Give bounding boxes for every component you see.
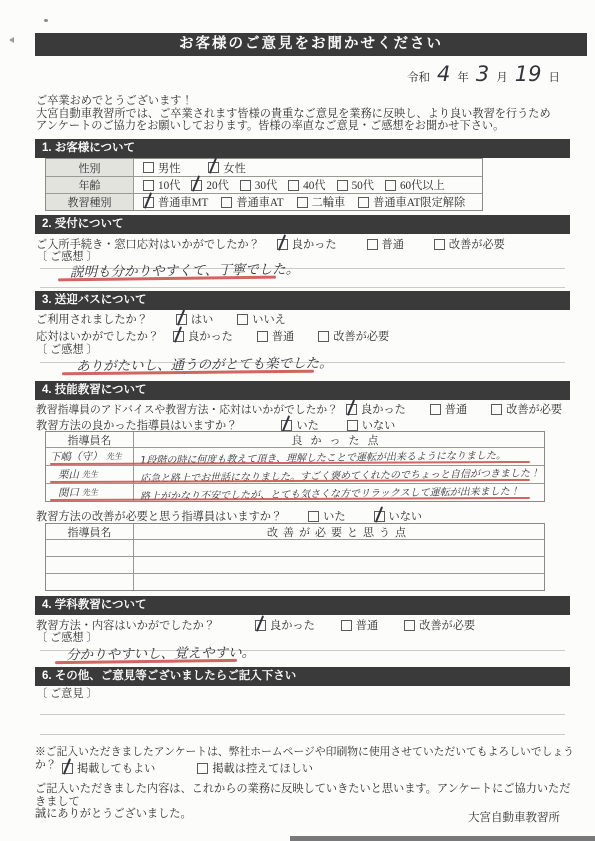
instructor-row-3: 関口 先生 路上がかなり不安でしたが、とても気さくな方でリラックスして運転が出来… bbox=[46, 483, 544, 501]
checkbox-improve-instructor-yes: いた bbox=[308, 508, 345, 524]
checkbox-icon bbox=[277, 239, 288, 250]
checkbox-age-10s: 10代 bbox=[143, 177, 180, 193]
checkbox-label: いない bbox=[389, 508, 423, 524]
year-suffix: 年 bbox=[457, 69, 469, 85]
checkbox-icon bbox=[346, 404, 357, 415]
intro-line-3: アンケートのご協力をお願いしております。皆様の率直なご意見・ご感想をお聞かせ下さ… bbox=[36, 120, 576, 133]
empty-row bbox=[46, 573, 544, 590]
bus-used-question-line: ご利用されましたか？ はい いいえ bbox=[36, 311, 286, 327]
month-value-handwritten: 3 bbox=[476, 62, 489, 86]
checkbox-icon bbox=[143, 197, 154, 208]
section-customer-header: 1. お客様について bbox=[35, 139, 570, 158]
col-instructor-name: 指導員名 bbox=[46, 524, 134, 539]
honorific: 先生 bbox=[82, 469, 98, 480]
checkbox-label: 女性 bbox=[223, 160, 245, 176]
checkbox-icon bbox=[385, 180, 396, 191]
year-value-handwritten: 4 bbox=[437, 62, 450, 86]
section-reception-header: 2. 受付について bbox=[35, 215, 570, 234]
instructor-name-handwritten: 栗山 bbox=[58, 467, 79, 482]
bus-service-question: 応対はいかがでしたか？ bbox=[36, 328, 159, 344]
checkbox-label: 改善が必要 bbox=[419, 617, 475, 633]
checkbox-publish-no: 掲載は控えてほしい bbox=[197, 760, 313, 776]
checkbox-icon bbox=[191, 180, 202, 191]
checkbox-improve-instructor-no: いない bbox=[374, 508, 423, 524]
customer-table: 性別 男性 女性 年齢 10代 20代 30代 40代 50代 60代以上 教習… bbox=[45, 158, 483, 211]
checkbox-icon bbox=[208, 162, 219, 173]
checkbox-label: 普通 bbox=[382, 236, 404, 252]
checkbox-icon bbox=[143, 180, 154, 191]
checkbox-label: 二輪車 bbox=[312, 194, 346, 210]
intro-paragraph: ご卒業おめでとうございます！ 大宮自動車教習所では、ご卒業されます皆様の貴重なご… bbox=[36, 95, 576, 133]
checkbox-icon bbox=[367, 239, 378, 250]
instructor-row-2: 栗山 先生 応急と路上でお世話になりました。すごく褒めてくれたのでちょっと自信が… bbox=[46, 465, 544, 483]
skill-q3-line: 教習方法の改善が必要と思う指導員はいますか？ いた いない bbox=[36, 508, 422, 524]
bus-used-question: ご利用されましたか？ bbox=[36, 311, 148, 327]
checkbox-icon bbox=[374, 511, 385, 522]
page-title: お客様のご意見をお聞かせください bbox=[35, 33, 587, 56]
checkbox-icon bbox=[358, 197, 369, 208]
intro-line-2: 大宮自動車教習所では、ご卒業されます皆様の貴重なご意見を業務に反映し、より良い教… bbox=[36, 108, 576, 121]
checkbox-academic-improve: 改善が必要 bbox=[404, 617, 475, 633]
checkbox-icon bbox=[240, 180, 251, 191]
course-row: 教習種別 普通車MT 普通車AT 二輪車 普通車AT限定解除 bbox=[46, 193, 482, 210]
checkbox-icon bbox=[237, 314, 248, 325]
checkbox-car-mt: 普通車MT bbox=[143, 194, 208, 210]
checkbox-publish-ok: 掲載してもよい bbox=[62, 760, 155, 776]
section-skill-header: 4. 技能教習について bbox=[35, 381, 570, 400]
skill-q3: 教習方法の改善が必要と思う指導員はいますか？ bbox=[36, 508, 282, 524]
col-instructor-name: 指導員名 bbox=[46, 432, 134, 447]
checkbox-bus-good: 良かった bbox=[173, 328, 233, 344]
other-comment-label: 〔 ご意見 〕 bbox=[36, 688, 98, 701]
checkbox-reception-improve: 改善が必要 bbox=[434, 236, 505, 252]
gender-row: 性別 男性 女性 bbox=[46, 159, 482, 176]
section-academic-header: 4. 学科教習について bbox=[35, 596, 570, 615]
section-other-header: 6. その他、ご意見等ございましたらご記入下さい bbox=[35, 667, 570, 686]
scanned-survey-page: { "colors": { "bar": "#3a3a3a", "red": "… bbox=[0, 0, 595, 841]
checkbox-label: いいえ bbox=[252, 311, 286, 327]
school-signature: 大宮自動車教習所 bbox=[0, 809, 560, 825]
checkbox-label: 普通 bbox=[445, 401, 467, 417]
checkbox-label: 良かった bbox=[292, 236, 337, 252]
course-label: 教習種別 bbox=[46, 194, 134, 210]
checkbox-label: 良かった bbox=[270, 617, 315, 633]
honorific: 先生 bbox=[82, 487, 98, 498]
checkbox-label: 改善が必要 bbox=[333, 328, 389, 344]
checkbox-bus-no: いいえ bbox=[237, 311, 286, 327]
section-bus-header: 3. 送迎バスについて bbox=[35, 291, 570, 310]
checkbox-icon bbox=[337, 180, 348, 191]
checkbox-icon bbox=[308, 511, 319, 522]
checkbox-label: 10代 bbox=[158, 177, 180, 193]
instructor-name-handwritten: 関口 bbox=[58, 485, 79, 500]
intro-line-1: ご卒業おめでとうございます！ bbox=[36, 95, 576, 108]
checkbox-icon bbox=[221, 197, 232, 208]
checkbox-icon bbox=[257, 331, 268, 342]
checkbox-label: 男性 bbox=[158, 160, 180, 176]
table-header-row: 指導員名 良かった点 bbox=[46, 432, 544, 447]
checkbox-skill-normal: 普通 bbox=[430, 401, 467, 417]
checkbox-academic-normal: 普通 bbox=[341, 617, 378, 633]
checkbox-label: 60代以上 bbox=[400, 177, 445, 193]
checkbox-icon bbox=[255, 620, 266, 631]
checkbox-label: 良かった bbox=[188, 328, 233, 344]
good-instructor-table: 指導員名 良かった点 下嶋（守） 先生 1段階の時に何度も教えて頂き、理解したこ… bbox=[45, 431, 545, 502]
checkbox-reception-good: 良かった bbox=[277, 236, 337, 252]
checkbox-motorcycle: 二輪車 bbox=[297, 194, 346, 210]
honorific: 先生 bbox=[105, 451, 121, 462]
checkbox-icon bbox=[197, 763, 208, 774]
bus-service-question-line: 応対はいかがでしたか？ 良かった 普通 改善が必要 bbox=[36, 328, 389, 344]
checkbox-female: 女性 bbox=[208, 160, 245, 176]
checkbox-label: 掲載は控えてほしい bbox=[212, 760, 313, 776]
checkbox-icon bbox=[176, 314, 187, 325]
checkbox-label: はい bbox=[191, 311, 213, 327]
closing-line-1: ご記入いただきました内容は、これからの業務に反映していきたいと思います。アンケー… bbox=[35, 783, 580, 808]
skill-q1-line: 教習指導員のアドバイスや教習方法・応対はいかがでしたか？ 良かった 普通 改善が… bbox=[36, 401, 562, 417]
checkbox-label: 20代 bbox=[206, 177, 228, 193]
checkbox-bus-normal: 普通 bbox=[257, 328, 294, 344]
checkbox-icon bbox=[491, 404, 502, 415]
checkbox-age-40s: 40代 bbox=[288, 177, 325, 193]
age-label: 年齢 bbox=[46, 177, 134, 193]
academic-question: 教習方法・内容はいかがでしたか？ bbox=[36, 617, 215, 633]
checkbox-reception-normal: 普通 bbox=[367, 236, 404, 252]
checkbox-icon bbox=[318, 331, 329, 342]
checkbox-age-50s: 50代 bbox=[337, 177, 374, 193]
checkbox-at-limit-release: 普通車AT限定解除 bbox=[358, 194, 465, 210]
scan-edge-artifact bbox=[290, 836, 595, 841]
checkbox-label: 普通車AT限定解除 bbox=[373, 194, 465, 210]
writing-rule bbox=[40, 714, 565, 715]
col-improve-points: 改善が必要と思う点 bbox=[134, 524, 544, 539]
checkbox-icon bbox=[434, 239, 445, 250]
checkbox-label: 30代 bbox=[255, 177, 277, 193]
checkbox-label: 40代 bbox=[303, 177, 325, 193]
checkbox-icon bbox=[143, 162, 154, 173]
checkbox-skill-improve: 改善が必要 bbox=[491, 401, 562, 417]
checkbox-age-60plus: 60代以上 bbox=[385, 177, 445, 193]
scan-arrow-artifact bbox=[9, 37, 14, 43]
academic-question-line: 教習方法・内容はいかがでしたか？ 良かった 普通 改善が必要 bbox=[36, 617, 475, 633]
improve-instructor-table: 指導員名 改善が必要と思う点 bbox=[45, 523, 545, 591]
age-row: 年齢 10代 20代 30代 40代 50代 60代以上 bbox=[46, 176, 482, 193]
checkbox-skill-good: 良かった bbox=[346, 401, 406, 417]
publish-options-line: 掲載してもよい 掲載は控えてほしい bbox=[62, 760, 313, 776]
checkbox-bus-improve: 改善が必要 bbox=[318, 328, 389, 344]
writing-rule bbox=[40, 287, 565, 288]
empty-row bbox=[46, 539, 544, 556]
instructor-row-1: 下嶋（守） 先生 1段階の時に何度も教えて頂き、理解したことで運転が出来るように… bbox=[46, 447, 544, 465]
gender-label: 性別 bbox=[46, 159, 134, 176]
reception-question-line: ご入所手続き・窓口応対はいかがでしたか？ 良かった 普通 改善が必要 bbox=[36, 236, 505, 252]
day-suffix: 日 bbox=[549, 69, 561, 85]
checkbox-icon bbox=[62, 763, 73, 774]
checkbox-label: 50代 bbox=[352, 177, 374, 193]
checkbox-icon bbox=[404, 620, 415, 631]
checkbox-icon bbox=[341, 620, 352, 631]
checkbox-icon bbox=[173, 331, 184, 342]
checkbox-label: 普通 bbox=[272, 328, 294, 344]
checkbox-label: 普通 bbox=[356, 617, 378, 633]
checkbox-icon bbox=[430, 404, 441, 415]
date-line: 令和 4 年 3 月 19 日 bbox=[0, 62, 560, 86]
month-suffix: 月 bbox=[496, 69, 508, 85]
checkbox-label: 普通車AT bbox=[236, 194, 283, 210]
checkbox-car-at: 普通車AT bbox=[221, 194, 283, 210]
col-good-points: 良かった点 bbox=[134, 432, 544, 447]
table-header-row: 指導員名 改善が必要と思う点 bbox=[46, 524, 544, 539]
checkbox-label: 掲載してもよい bbox=[77, 760, 155, 776]
skill-q1: 教習指導員のアドバイスや教習方法・応対はいかがでしたか？ bbox=[36, 402, 338, 417]
checkbox-icon bbox=[347, 420, 358, 431]
checkbox-bus-yes: はい bbox=[176, 311, 213, 327]
empty-row bbox=[46, 556, 544, 573]
checkbox-label: 良かった bbox=[361, 401, 406, 417]
checkbox-age-20s: 20代 bbox=[191, 177, 228, 193]
era-label: 令和 bbox=[407, 69, 430, 85]
checkbox-icon bbox=[281, 420, 292, 431]
checkbox-academic-good: 良かった bbox=[255, 617, 315, 633]
checkbox-icon bbox=[288, 180, 299, 191]
checkbox-label: 普通車MT bbox=[158, 194, 208, 210]
reception-question: ご入所手続き・窓口応対はいかがでしたか？ bbox=[36, 236, 260, 252]
checkbox-male: 男性 bbox=[143, 160, 180, 176]
checkbox-age-30s: 30代 bbox=[240, 177, 277, 193]
checkbox-label: いた bbox=[323, 508, 345, 524]
checkbox-label: 改善が必要 bbox=[449, 236, 505, 252]
scan-dot-artifact bbox=[44, 19, 48, 22]
checkbox-label: 改善が必要 bbox=[506, 401, 562, 417]
writing-rule bbox=[40, 734, 565, 735]
checkbox-icon bbox=[297, 197, 308, 208]
day-value-handwritten: 19 bbox=[515, 62, 542, 86]
